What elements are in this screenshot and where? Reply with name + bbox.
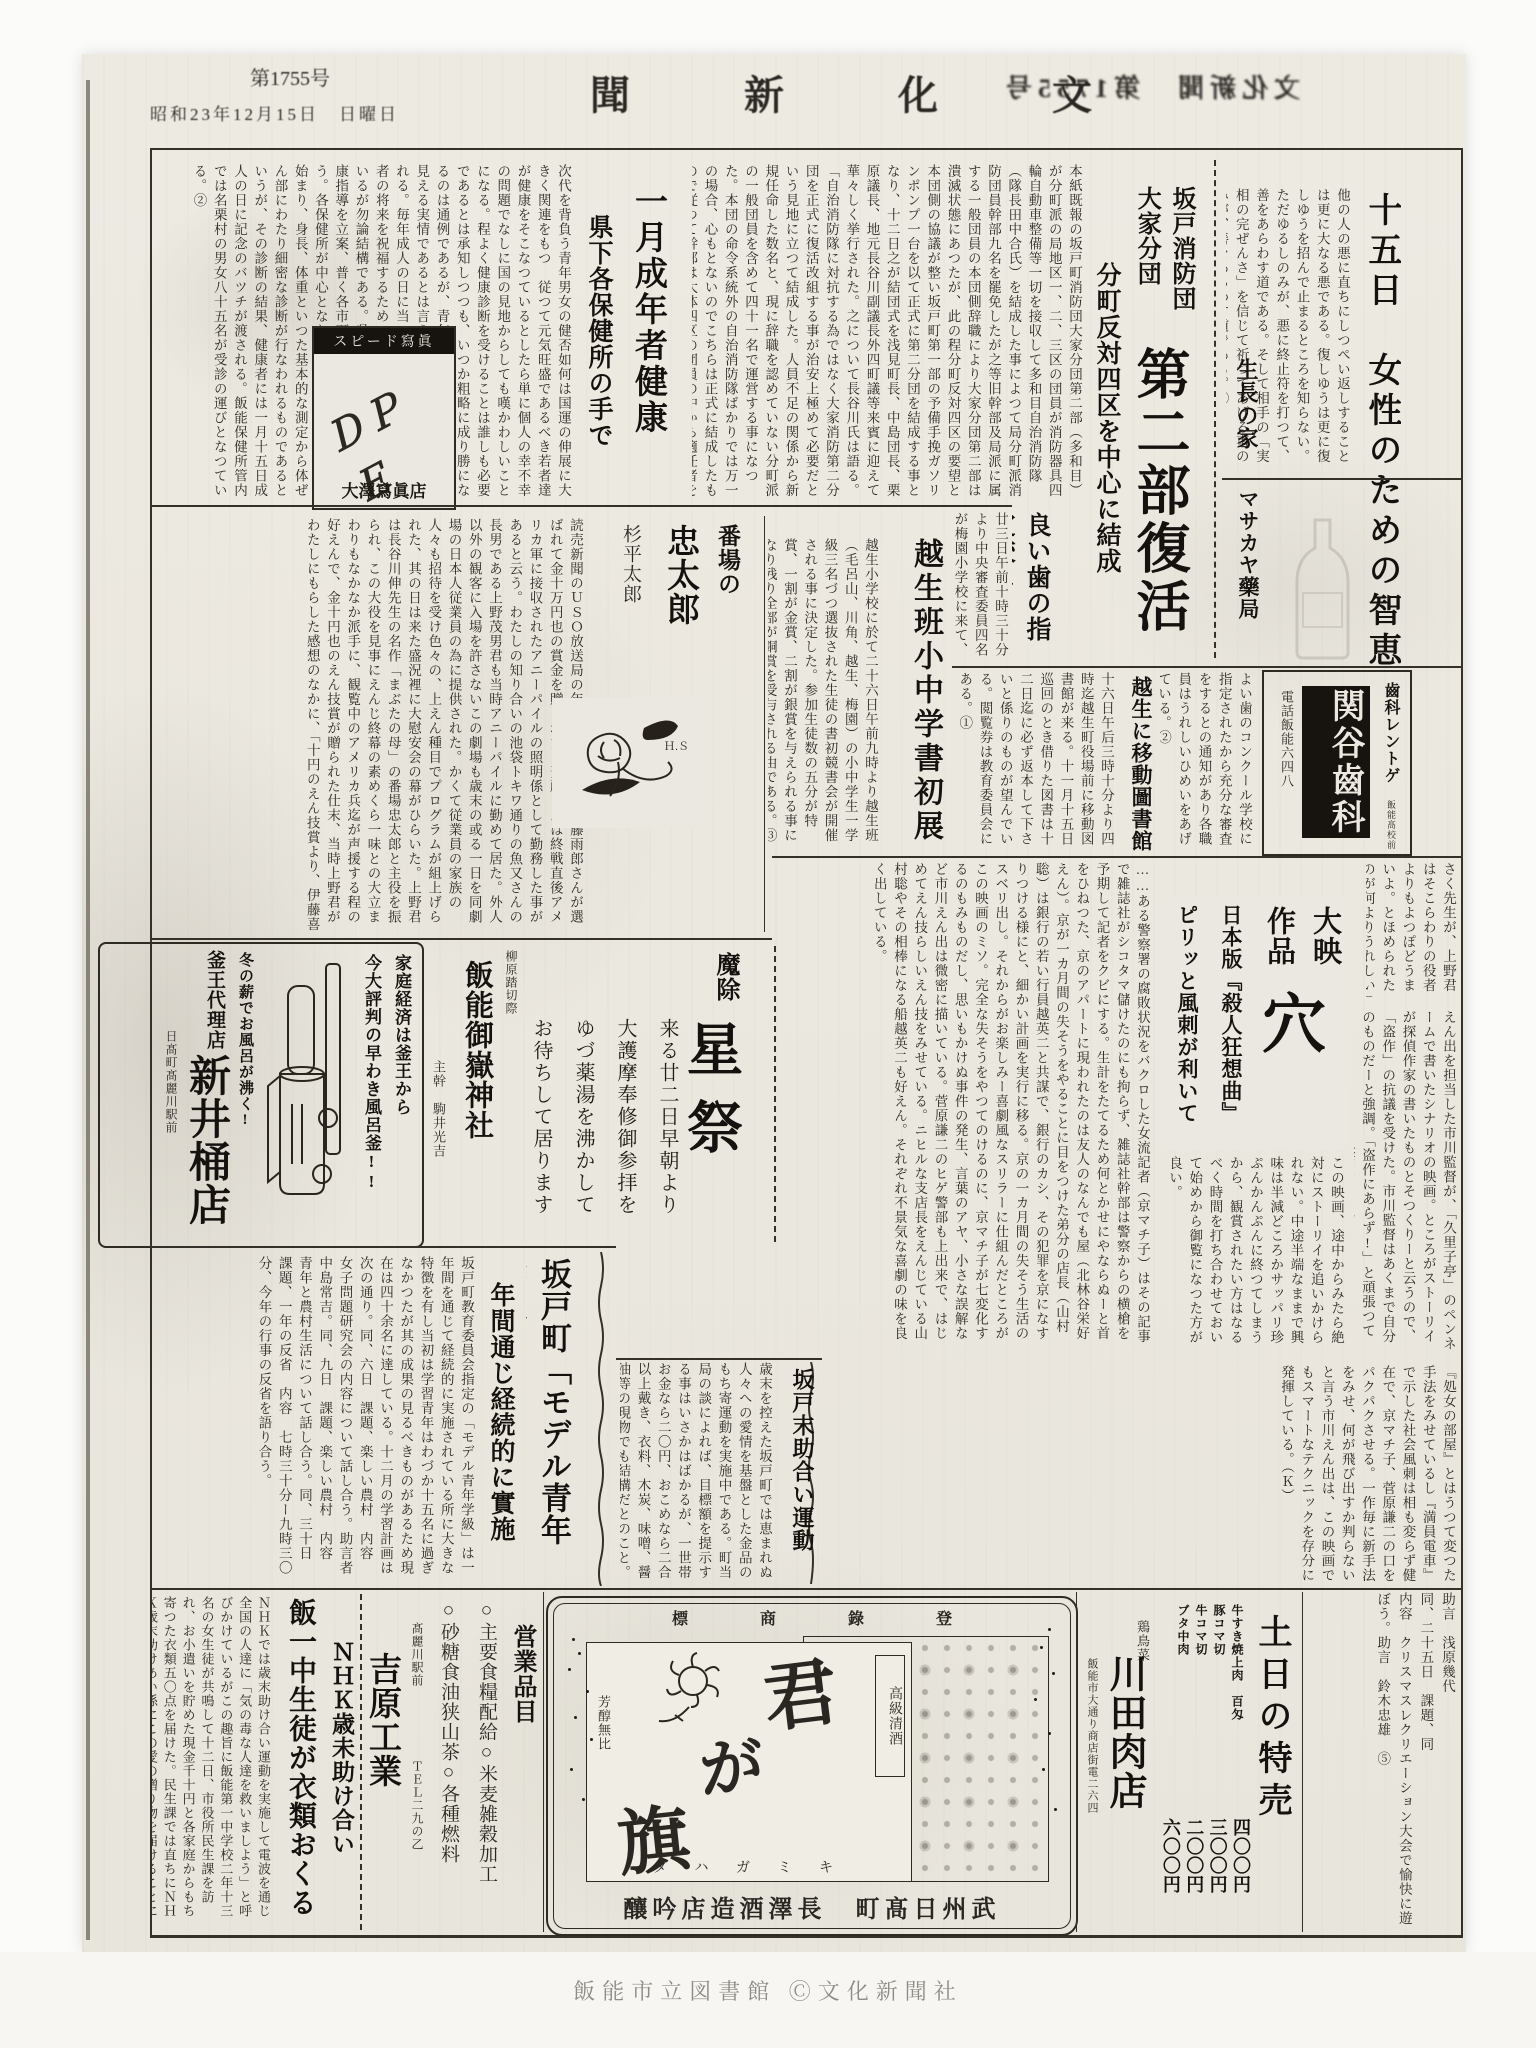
review-ana-label: 作品	[1258, 906, 1300, 978]
ad-kimigahata-grade-ribbon: 高級清酒	[875, 1655, 905, 1777]
ad-yoshiwara-title: 営業品目	[504, 1624, 540, 1774]
ad-yoshiwara-address: 髙麗川駅前	[408, 1622, 426, 1742]
article-tasukeai-headline: 坂戸末助合い運動	[778, 1368, 818, 1584]
ad-mitake-title: 星祭	[688, 1020, 750, 1236]
article-seicho-headline: 十五日 女性のための智恵	[1355, 192, 1401, 704]
masthead-issue-number: 第1755号	[250, 62, 330, 91]
ad-sekiya-phone: 電話飯能六四八	[1272, 690, 1296, 838]
review-ana-body-end: 『処女の部屋』とはうつて変つた手法をみせているし『満員電車』で示した社会風刺は相…	[822, 1365, 1458, 1583]
footer-copyright: Ⓒ文化新聞社	[789, 1979, 963, 2004]
ad-mitake-kicker: 魔除	[703, 952, 743, 1016]
ad-araioke-dealer: 釜王代理店	[188, 950, 228, 1052]
article-bamba-byline: 杉平太郎	[606, 524, 644, 644]
ad-kimigahata-label: 高級清酒 君 が 旗 芳醇無比 タ ハ ガ ミ キ	[586, 1642, 912, 1882]
article-tasukeai-body: 歳末を控えた坂戸町では恵まれぬ人々への愛情を基盤とした金品のもち寄運動を実施中で…	[620, 1362, 774, 1584]
ad-mitake-name: 飯能御嶽神社	[452, 960, 498, 1182]
ad-kimigahata: 標 商 錄 登 高級清酒 君 が 旗 芳醇無比 タ ハ ガ ミ キ 釀吟店造酒澤…	[546, 1596, 1078, 1936]
right-rule	[1461, 148, 1463, 1938]
review-ana-body-mid: この映画、途中からみたら絶対にストーリイを追いかけられない。中途半端なままで興味…	[1160, 1156, 1346, 1352]
footer-caption: 飯能市立図書館 Ⓒ文化新聞社	[0, 1975, 1536, 2006]
ad-kimigahata-tagline: 芳醇無比	[593, 1695, 613, 1825]
article-bamba-headline: 忠太郎	[650, 524, 704, 654]
review-top-rule	[772, 856, 1463, 858]
ad-kimigahata-trademark: 標 商 錄 登	[548, 1606, 1076, 1629]
article-bamba-tail: さく先生が、上野君はそこらわりの役者よりもよつぽどうまいよ。とほめられたのが何よ…	[1366, 862, 1458, 1002]
ad-araioke-kettle-illustration	[262, 958, 356, 1237]
ad-kimigahata-kana: タ ハ ガ ミ キ	[587, 1857, 911, 1877]
ad-araioke: 家庭経済は釜王から 今大評判の早わき風呂釜!! 冬の薪でお風呂が沸く! 釜王代理…	[98, 942, 424, 1248]
ad-dpe: スピード寫眞 ＤＰＥ 大澤寫眞店	[312, 326, 456, 510]
ad-sekiya-service: 齒科レントゲン	[1376, 682, 1402, 798]
tier2-rule-right	[952, 666, 1463, 668]
ad-sekiya-name: 関谷齒科	[1302, 686, 1370, 838]
ad-mitake-lines: 来る廿二日早朝より 大護摩奉修御参拝を ゆづ薬湯を沸かして お待ちして居ります	[520, 1018, 688, 1242]
tier3-rule-left	[150, 1246, 616, 1248]
seicho-bottom-rule	[1222, 478, 1463, 480]
newspaper-scan: 第1755号 昭和23年12月15日 日曜日 聞 新 化 文 文化新聞 第175…	[0, 0, 1536, 2048]
ad-kimigahata-brand-1: 君	[757, 1633, 843, 1747]
ad-kawada-title: 土日の特売	[1246, 1614, 1296, 1824]
ad-araioke-catch1: 家庭経済は釜王から	[388, 954, 414, 1236]
article-gakkyuu-body: 坂戸町教育委員会指定の「モデル青年学級」は一年間を通じて経続的に実施されている所…	[186, 1256, 476, 1586]
divider-thin-4	[1302, 1592, 1303, 1932]
divider-dashed-2	[774, 946, 776, 1242]
ad-kawada-items: 牛すき焼上肉 百匁 豚コマ切 牛コマ切 ブタ中肉	[1174, 1604, 1246, 1784]
ink-specks-right	[1048, 1628, 1051, 1631]
ad-kawada-address: 飯能市大通り商店街電二六四	[1082, 1658, 1100, 1838]
ad-yoshiwara-tel: ＴＥＬ二九の乙	[408, 1760, 426, 1900]
article-shobodan-kickers: 坂戸消防団 大家分団	[1122, 186, 1198, 336]
ad-mitake-staff: 主幹 駒井光吉	[426, 1060, 448, 1236]
article-kakizome-body: 越生小学校に於て二十六日午前九時より越生班（毛呂山、川角、越生、梅園）の小中学生…	[768, 538, 880, 852]
ad-kimigahata-brand-2: が	[695, 1714, 767, 1811]
divider-dashed-1	[1214, 160, 1216, 658]
ad-mitake: 魔除 星祭 来る廿二日早朝より 大護摩奉修御参拝を ゆづ薬湯を沸かして お待ちし…	[420, 942, 772, 1244]
article-shobodan-headline: 第二部復活	[1128, 346, 1198, 646]
ad-kawada: 土日の特売 牛すき焼上肉 百匁 豚コマ切 牛コマ切 ブタ中肉 四〇〇円 三〇〇円…	[1080, 1592, 1300, 1932]
tier1-rule-left	[150, 505, 1012, 507]
article-yoiha-body-b: よい歯のコンクール学校に指定されたから充分な審査をするとの通知があり各職員はうれ…	[1160, 672, 1254, 852]
article-gakkyuu-headline: 坂戸町「モデル青年学級」	[526, 1258, 576, 1564]
article-seicho-signature: 生長の家	[1228, 358, 1262, 470]
article-bamba-body: 読売新聞のＵＳＯ放送局の年間賞に台東区の斉藤雨郎さんが選ばれて金十万円也の賞金を…	[185, 518, 585, 935]
article-bamba-kicker: 番場の	[708, 524, 744, 614]
review-ana-subhead-2: ピリッと風刺が利いて	[1166, 904, 1202, 1146]
review-ana-headline-cluster: 大映 作品 穴 日本版『殺人狂想曲』 ピリッと風刺が利いて	[1158, 898, 1350, 1150]
ad-kawada-prices: 四〇〇円 三〇〇円 二〇〇円 六〇〇円	[1160, 1818, 1252, 1910]
svg-text:Ｈ.Ｓ: Ｈ.Ｓ	[664, 741, 689, 753]
ad-kimigahata-brewer: 釀吟店造酒澤長 町髙日州武	[548, 1889, 1076, 1924]
ad-mitake-place: 柳原踏切際	[500, 950, 520, 1060]
top-rule	[150, 148, 1463, 150]
divider-thin-2	[543, 1592, 544, 1932]
showthrough-bottle-illustration	[1285, 515, 1360, 665]
tier4-rule	[150, 1588, 1463, 1590]
article-kenko-headline: 一月成年者健康指導	[622, 184, 672, 466]
article-nhk-headline-2: 飯一中生徒が衣類おくる	[274, 1598, 320, 1920]
review-ana-body-open: えん出を担当した市川監督が、「久里子亭」のペンネームで書いたシナリオの映画。とこ…	[1354, 1010, 1458, 1352]
ad-yoshiwara-line1: ○主要食糧配給○米麦雑穀加工	[466, 1600, 500, 1924]
article-nhk-body: ＮＨＫでは歳末助け合い運動を実施して電波を通じ全国の人達に「気の毒な人達を救いま…	[152, 1596, 272, 1930]
review-ana-title: 穴	[1260, 990, 1334, 1076]
article-gakkyuu-subhead: 年間通じ経続的に實施	[480, 1282, 518, 1582]
article-yoiha-headline: 良い歯の指定校に	[1012, 512, 1054, 664]
article-gakkyuu-schedule-end: 助言 浅原幾代 同、二十五日 課題、同 内容 クリスマスレクリエーション大会で愉…	[1308, 1592, 1458, 1930]
ad-yoshiwara: 営業品目 ○主要食糧配給○米麦雑穀加工 ○砂糖食油狭山茶○各種燃料 髙麗川駅前 …	[362, 1594, 542, 1930]
ad-yoshiwara-line2: ○砂糖食油狭山茶○各種燃料	[428, 1600, 462, 1924]
divider-squiggle-1	[596, 1252, 606, 1591]
tasukeai-top-rule	[616, 1358, 822, 1360]
article-shobodan-subhead: 分町反対四区を中心に結成	[1088, 262, 1124, 662]
ad-kawada-name: 川田肉店	[1102, 1654, 1152, 1854]
article-bunko-body: 十六日午后三時十分より四時迄越生町役場前に移動図書館が来る。十一月十五日巡回のと…	[958, 672, 1116, 852]
ad-dpe-shop: 大澤寫眞店	[314, 477, 454, 502]
masthead-date: 昭和23年12月15日 日曜日	[150, 100, 399, 125]
page-fold-edge	[86, 80, 90, 1940]
ad-araioke-catch2: 今大評判の早わき風呂釜!!	[358, 954, 384, 1236]
ad-masakaya-name: マサカヤ藥局	[1228, 488, 1262, 638]
review-ana-subhead-1: 日本版『殺人狂想曲』	[1210, 904, 1246, 1146]
ad-yoshiwara-name: 吉原工業	[358, 1652, 406, 1882]
ad-araioke-name: 新井桶店	[184, 1054, 236, 1240]
ad-sekiya-location: 飯能髙校前	[1378, 800, 1398, 850]
divider-thin-3	[1076, 1592, 1077, 1932]
ad-sekiya: 齒科レントゲン 飯能髙校前 関谷齒科 電話飯能六四八	[1262, 670, 1412, 856]
ink-specks-left	[572, 1638, 575, 1641]
ad-dpe-bar: スピード寫眞	[314, 328, 454, 354]
article-shobodan-body: 本紙既報の坂戸町消防団大家分団第二部（多和目）が分町派の局地区一、二、三区の団員…	[692, 164, 1084, 506]
article-kakizome-headline: 越生班小中学書初展	[883, 538, 947, 854]
footer-library: 飯能市立図書館	[573, 1979, 776, 2004]
camellia-illustration: Ｈ.Ｓ	[552, 698, 702, 828]
article-nhk-headline-1: ＮＨＫ歳未助け合い	[322, 1640, 358, 1890]
masthead-showthrough: 文化新聞 第1755号	[1000, 68, 1300, 105]
review-ana-studio: 大映	[1304, 906, 1346, 978]
article-bunko-headline: 越生に移動圖書館	[1118, 676, 1156, 852]
ad-araioke-address: 日髙町髙麗川駅前	[158, 1030, 180, 1206]
article-kenko-subhead: 県下各保健所の手で	[578, 214, 616, 464]
